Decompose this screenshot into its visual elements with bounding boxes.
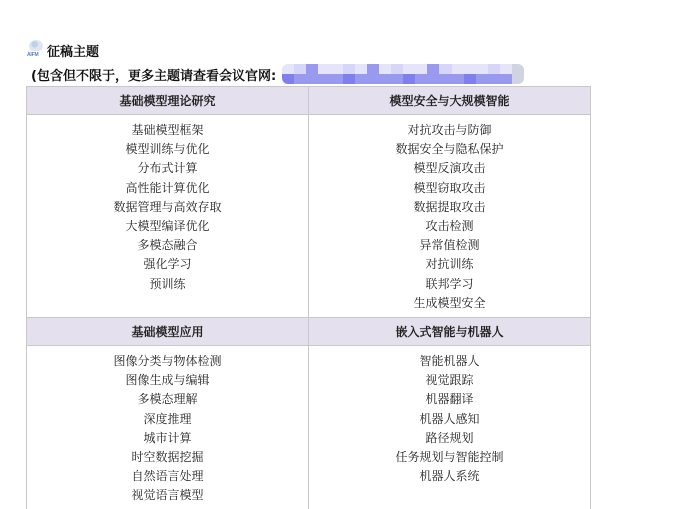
subtitle-text: (包含但不限于，更多主题请查看会议官网: — [31, 65, 276, 84]
topic-item: 机器人感知 — [309, 410, 590, 429]
column-heading: 模型安全与大规模智能 — [309, 87, 591, 115]
redaction-pixel — [415, 74, 427, 84]
topics-table: 基础模型理论研究模型安全与大规模智能基础模型框架模型训练与优化分布式计算高性能计… — [26, 86, 591, 509]
topic-item: 对抗训练 — [309, 255, 590, 274]
brain-icon — [29, 40, 43, 51]
redaction-pixel — [500, 64, 512, 74]
redaction-pixel — [355, 74, 367, 84]
logo-text: AIFM — [27, 52, 38, 58]
section-header-row: 基础模型应用嵌入式智能与机器人 — [27, 318, 591, 346]
column-heading: 嵌入式智能与机器人 — [309, 318, 591, 346]
topic-item: 视觉语言模型 — [27, 486, 308, 505]
topic-item: 大模型编译优化 — [27, 217, 308, 236]
redaction-pixel — [439, 64, 451, 74]
redaction-pixel — [439, 74, 451, 84]
topic-list-cell: 图像分类与物体检测图像生成与编辑多模态理解深度推理城市计算时空数据挖掘自然语言处… — [27, 346, 309, 509]
topic-item: 数据安全与隐私保护 — [309, 140, 590, 159]
redaction-pixel — [391, 64, 403, 74]
redaction-pixel — [306, 64, 318, 74]
column-heading: 基础模型应用 — [27, 318, 309, 346]
topic-item: 自然语言处理 — [27, 467, 308, 486]
topic-list-cell: 智能机器人视觉跟踪机器翻译机器人感知路径规划任务规划与智能控制机器人系统 — [309, 346, 591, 509]
topic-item: 图像分类与物体检测 — [27, 352, 308, 371]
redaction-pixel — [452, 64, 464, 74]
redaction-pixel — [318, 74, 330, 84]
subtitle-row: (包含但不限于，更多主题请查看会议官网: — [31, 64, 524, 84]
section-title-row: AIFM 征稿主题 — [27, 40, 99, 60]
redaction-pixel — [282, 74, 294, 84]
page-title: 征稿主题 — [47, 41, 99, 60]
redaction-pixel — [306, 74, 318, 84]
redaction-pixel — [331, 64, 343, 74]
section-header-row: 基础模型理论研究模型安全与大规模智能 — [27, 87, 591, 115]
topic-list-cell: 对抗攻击与防御数据安全与隐私保护模型反演攻击模型窃取攻击数据提取攻击攻击检测异常… — [309, 115, 591, 318]
redaction-pixel — [452, 74, 464, 84]
redaction-pixel — [343, 74, 355, 84]
redaction-pixel — [464, 64, 476, 74]
redaction-pixel — [403, 74, 415, 84]
redacted-url-link[interactable] — [282, 64, 524, 84]
redaction-pixel — [294, 74, 306, 84]
redaction-pixel — [391, 74, 403, 84]
redaction-pixel — [512, 64, 524, 74]
redaction-pixel — [282, 64, 294, 74]
topic-item: 生成模型安全 — [309, 294, 590, 313]
topic-item: 基础模型框架 — [27, 121, 308, 140]
redaction-pixel — [318, 64, 330, 74]
topic-item: 异常值检测 — [309, 236, 590, 255]
topic-item: 数据管理与高效存取 — [27, 198, 308, 217]
redaction-pixel — [367, 74, 379, 84]
section-body-row: 基础模型框架模型训练与优化分布式计算高性能计算优化数据管理与高效存取大模型编译优… — [27, 115, 591, 318]
redaction-pixel — [331, 74, 343, 84]
topic-item: 模型窃取攻击 — [309, 179, 590, 198]
topic-item: 模型训练与优化 — [27, 140, 308, 159]
redaction-pixel — [464, 74, 476, 84]
redaction-pixel — [488, 64, 500, 74]
topic-list-cell: 基础模型框架模型训练与优化分布式计算高性能计算优化数据管理与高效存取大模型编译优… — [27, 115, 309, 318]
topic-item: 高性能计算优化 — [27, 179, 308, 198]
redaction-pixel — [379, 74, 391, 84]
redaction-pixel — [476, 64, 488, 74]
topic-item: 城市计算 — [27, 429, 308, 448]
topic-item: 深度推理 — [27, 410, 308, 429]
topic-item: 联邦学习 — [309, 275, 590, 294]
topic-item: 多模态理解 — [27, 390, 308, 409]
column-heading: 基础模型理论研究 — [27, 87, 309, 115]
redaction-pixel — [355, 64, 367, 74]
redaction-pixel — [427, 64, 439, 74]
topic-item: 图像生成与编辑 — [27, 371, 308, 390]
redaction-pixel — [512, 74, 524, 84]
redaction-pixel — [343, 64, 355, 74]
redaction-pixel — [294, 64, 306, 74]
topic-item: 机器翻译 — [309, 390, 590, 409]
redaction-pixel — [415, 64, 427, 74]
topic-item: 强化学习 — [27, 255, 308, 274]
redaction-pixel — [367, 64, 379, 74]
topic-item: 多模态融合 — [27, 236, 308, 255]
topic-item: 路径规划 — [309, 429, 590, 448]
redaction-pixel — [379, 64, 391, 74]
topic-item: 机器人系统 — [309, 467, 590, 486]
topic-item: 时空数据挖掘 — [27, 448, 308, 467]
redaction-pixel — [488, 74, 500, 84]
topic-item: 任务规划与智能控制 — [309, 448, 590, 467]
topic-item: 数据提取攻击 — [309, 198, 590, 217]
topic-item: 视觉跟踪 — [309, 371, 590, 390]
redaction-pixel — [476, 74, 488, 84]
topic-item: 攻击检测 — [309, 217, 590, 236]
aifm-logo-icon: AIFM — [27, 40, 45, 60]
topic-item: 分布式计算 — [27, 159, 308, 178]
topic-item: 预训练 — [27, 275, 308, 294]
topic-item: 模型反演攻击 — [309, 159, 590, 178]
section-body-row: 图像分类与物体检测图像生成与编辑多模态理解深度推理城市计算时空数据挖掘自然语言处… — [27, 346, 591, 509]
topic-item: 对抗攻击与防御 — [309, 121, 590, 140]
topic-item: 智能机器人 — [309, 352, 590, 371]
redaction-pixel — [403, 64, 415, 74]
redaction-pixel — [427, 74, 439, 84]
redaction-pixel — [500, 74, 512, 84]
